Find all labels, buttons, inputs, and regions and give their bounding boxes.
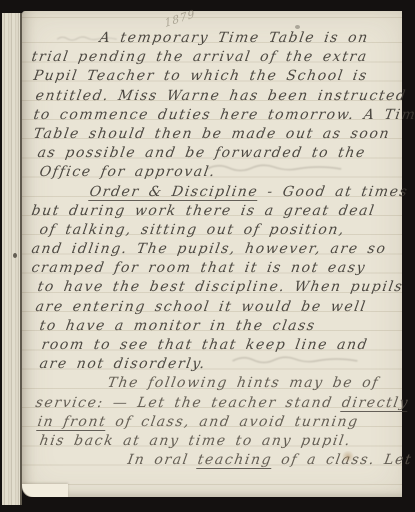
manuscript-line: to have the best discipline. When pupils [30, 278, 401, 297]
manuscript-segment: directly [340, 395, 410, 412]
manuscript-segment: his back at any time to any pupil. [38, 433, 352, 449]
manuscript-line: as possible and be forwarded to the [30, 144, 401, 163]
manuscript-segment: as possible and be forwarded to the [36, 145, 367, 161]
manuscript-line: of talking, sitting out of position, [30, 221, 401, 240]
manuscript-line: entitled. Miss Warne has been instructed [30, 87, 401, 106]
manuscript-segment: A temporary Time Table is on [98, 30, 370, 46]
manuscript-segment: Office for approval. [38, 164, 217, 180]
manuscript-segment: room to see that that keep line and [40, 337, 369, 353]
pencil-year-annotation: 1879 [164, 7, 196, 30]
manuscript-line: Order & Discipline - Good at times [30, 183, 401, 202]
manuscript-line: his back at any time to any pupil. [30, 432, 401, 451]
manuscript-line: in front of class, and avoid turning [30, 413, 401, 432]
manuscript-line: service: — Let the teacher stand directl… [30, 394, 401, 413]
manuscript-line: Table should then be made out as soon [30, 125, 401, 144]
manuscript-segment: - Good at times [257, 184, 410, 200]
manuscript-segment: and idling. The pupils, however, are so [30, 241, 387, 257]
manuscript-line: cramped for room that it is not easy [30, 259, 401, 278]
manuscript-segment: of talking, sitting out of position, [38, 222, 346, 238]
logbook-scan-photo: 1879 A temporary Time Table is ontrial p… [0, 0, 415, 512]
manuscript-segment: to commence duties here tomorrow. A Time [32, 107, 415, 123]
manuscript-text: A temporary Time Table is ontrial pendin… [30, 29, 398, 470]
manuscript-line: A temporary Time Table is on [30, 29, 401, 48]
manuscript-segment: cramped for room that it is not easy [30, 260, 367, 276]
page-corner-curl [22, 484, 68, 497]
manuscript-line: and idling. The pupils, however, are so [30, 240, 401, 259]
binding-speck [13, 253, 17, 258]
manuscript-segment: but during work there is a great deal [30, 203, 376, 219]
manuscript-line: but during work there is a great deal [30, 202, 401, 221]
manuscript-line: are entering school it would be well [30, 298, 401, 317]
paper-speck [295, 25, 300, 29]
manuscript-line: are not disorderly. [30, 355, 401, 374]
book-page-edges [2, 13, 22, 505]
paper-stain [341, 451, 355, 462]
manuscript-segment: of class, and avoid turning [105, 414, 360, 430]
manuscript-segment: in front [36, 414, 107, 431]
manuscript-segment: In oral [126, 452, 199, 468]
manuscript-line: trial pending the arrival of the extra [30, 48, 401, 67]
manuscript-line: Office for approval. [30, 163, 401, 182]
manuscript-line: room to see that that keep line and [30, 336, 401, 355]
manuscript-line: Pupil Teacher to which the School is [30, 67, 401, 86]
manuscript-segment: service: — Let the teacher stand [34, 395, 343, 411]
manuscript-segment: The following hints may be of [106, 375, 380, 391]
manuscript-segment: entitled. Miss Warne has been instructed [34, 88, 408, 104]
manuscript-segment: are entering school it would be well [34, 299, 367, 315]
manuscript-segment: are not disorderly. [38, 356, 207, 372]
manuscript-line: to commence duties here tomorrow. A Time [30, 106, 401, 125]
manuscript-segment: to have a monitor in the class [38, 318, 317, 334]
manuscript-segment: to have the best discipline. When pupils [36, 279, 404, 295]
manuscript-line: The following hints may be of [30, 374, 401, 393]
manuscript-segment: Order & Discipline [88, 184, 259, 201]
notebook-page: 1879 A temporary Time Table is ontrial p… [22, 11, 402, 497]
manuscript-segment: Pupil Teacher to which the School is [32, 68, 369, 84]
manuscript-segment: teaching [196, 452, 273, 469]
manuscript-segment: Table should then be made out as soon [32, 126, 391, 142]
manuscript-segment: trial pending the arrival of the extra [30, 49, 369, 65]
manuscript-line: to have a monitor in the class [30, 317, 401, 336]
